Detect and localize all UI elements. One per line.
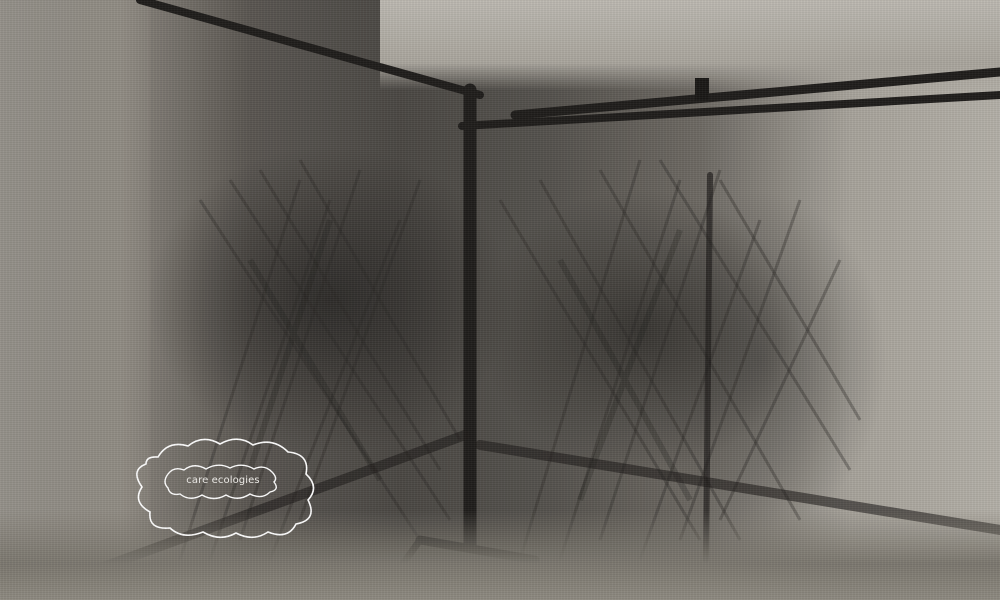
photo-scene: care ecologies: [0, 0, 1000, 600]
annotation-label: care ecologies: [128, 475, 318, 486]
cloud-outline-icon: [128, 432, 318, 542]
care-ecologies-cloud-label[interactable]: care ecologies: [128, 432, 318, 542]
